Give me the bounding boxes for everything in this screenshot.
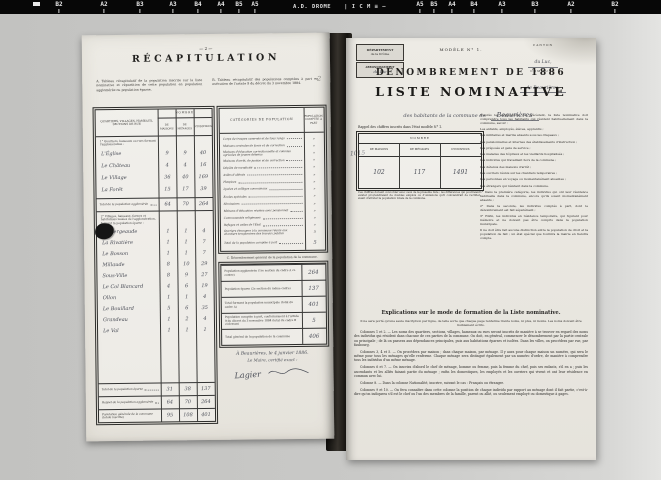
ruler-label: B5 (235, 1, 242, 13)
table-a-population: QUARTIERS, VILLAGES, HAMEAUX, SECTIONS D… (95, 108, 217, 423)
category-value: » (304, 144, 324, 148)
c-row-value: 401 (302, 301, 326, 307)
instruction-note: Les enfants, employés, élèves, apprentis… (480, 128, 588, 132)
dotted-leader (263, 225, 303, 226)
category-label: Maisons d'arrêt, de justice et de correc… (220, 158, 304, 162)
ruler-label: A4 (217, 1, 224, 13)
rappel-subheader: D'INDIVIDUS (440, 144, 481, 156)
individus-cell: 1 (196, 327, 214, 333)
intro-paragraph-a: A. Tableau récapitulatif de la populatio… (96, 78, 202, 92)
place-name-cell: Le Village (96, 175, 158, 182)
ruler-label: B4 (470, 1, 477, 13)
individus-cell: 39 (194, 186, 212, 192)
ruler-label: B3 (531, 1, 538, 13)
rappel-values: 1021171491 (359, 157, 481, 188)
ruler-label: A5 (251, 1, 258, 13)
menages-cell: 1 (178, 294, 196, 300)
place-name-cell: La Forêt (96, 187, 158, 194)
category-value: » (304, 172, 324, 176)
total-label: Total de la population agglomérée (97, 203, 159, 207)
rappel-rule-2 (440, 143, 441, 188)
dotted-leader (249, 196, 303, 198)
category-label-text: Communautés religieuses (224, 217, 261, 221)
section-c-heading: C. Dénombrement général de la population… (220, 256, 324, 261)
total-label-text: Population générale de la commune (total… (102, 412, 157, 420)
dotted-leader (247, 174, 302, 176)
individus-cell: 19 (196, 283, 214, 289)
instruction-note: Les pensionnaires et internes des établi… (480, 141, 588, 145)
categories-header: CATÉGORIES DE POPULATION (220, 108, 304, 133)
maisons-cell: 9 (158, 150, 176, 156)
instruction-note: 1° Dans la première catégorie, les indiv… (480, 191, 588, 203)
menages-cell: 6 (178, 283, 196, 289)
individus-cell: 264 (197, 399, 215, 405)
maisons-cell: 8 (159, 272, 177, 278)
place-name-cell: Millaude (97, 261, 159, 268)
menages-cell: 6 (178, 305, 196, 311)
individus-cell: 264 (195, 201, 213, 207)
instruction-note: Les préposés et gens de service ; (480, 147, 588, 151)
signature-flourish (266, 367, 310, 377)
instruction-note: Les malades des hôpitaux et les vieillar… (480, 153, 588, 157)
place-name-cell: Le Bosson (97, 250, 159, 257)
left-page-recapitulation: — 2 — RÉCAPITULATION 2 A. Tableau récapi… (82, 33, 335, 442)
c-row-label: Total général de la population de la com… (222, 334, 302, 340)
place-name-cell: Le Château (96, 163, 158, 170)
c-row-value: 406 (302, 333, 326, 339)
category-label: Maisons centrales de force et de correct… (220, 144, 304, 148)
menages-cell: 1 (178, 327, 196, 333)
departement-value: de la Drôme (357, 53, 403, 57)
menages-cell: 17 (176, 186, 194, 192)
maisons-cell: 4 (158, 162, 176, 168)
menages-cell: 4 (176, 162, 194, 168)
maisons-cell: 1 (160, 327, 178, 333)
ruler-label: A4 (448, 1, 455, 13)
category-value: » (305, 201, 325, 205)
c-row: Total formant la population municipale (… (222, 296, 326, 313)
category-label: Séminaires (221, 202, 305, 206)
individus-cell: 27 (195, 272, 213, 278)
menages-cell: 9 (176, 150, 194, 156)
category-label-text: Refuges et asiles de l'État (224, 224, 261, 228)
category-value: » (304, 165, 324, 169)
rappel-nombre-header: NOMBRE (359, 134, 481, 144)
individus-cell: 169 (194, 174, 212, 180)
rappel-rule-1 (399, 143, 400, 188)
c-row-label: Population éparse (2e section du même ca… (222, 286, 302, 292)
section-c-rows: Population agglomérée (1re section du ca… (221, 264, 326, 345)
maisons-cell: 1 (159, 239, 177, 245)
instruction-note: Les ouvriers réunis sur les chantiers te… (480, 172, 588, 176)
category-value: » (304, 180, 324, 184)
maisons-cell: 1 (159, 228, 177, 234)
individus-cell: 4 (195, 228, 213, 234)
c-row-value: 264 (301, 269, 325, 275)
rappel-subheader: DE MÉNAGES (399, 144, 440, 156)
explications-intro: Il ne sera porté qu'une seule inscriptio… (354, 320, 588, 328)
table-b-categories: CATÉGORIES DE POPULATION POPULATION COMP… (219, 107, 327, 252)
category-value: » (304, 158, 324, 162)
total-label-text: Total de la population agglomérée (100, 203, 149, 207)
ruler-label: B2 (55, 1, 62, 13)
recapitulation-title: RÉCAPITULATION (82, 52, 330, 66)
instruction-note: 2° Dans la seconde, les individus compté… (480, 205, 588, 213)
menages-cell: 108 (179, 412, 197, 418)
category-label: Maisons d'éducation réunies avec pension… (221, 209, 305, 213)
instruction-note: D'après les explications qui précèdent, … (480, 114, 588, 126)
category-value: 5 (305, 230, 325, 234)
category-label: Lycées et collèges communaux (220, 187, 304, 191)
c-row-label: Total formant la population municipale (… (222, 300, 302, 310)
departement-box: DÉPARTEMENT de la Drôme (356, 44, 404, 61)
maisons-cell: 4 (160, 283, 178, 289)
rappel-value-cell: 1491 (440, 157, 481, 188)
c-row: Population éparse (2e section du même ca… (221, 280, 325, 297)
rappel-caption: Rappel des chiffres inscrits dans l'état… (358, 125, 480, 129)
canton-label: CANTON (504, 44, 582, 48)
modele-label: MODÈLE N° 1. (416, 47, 506, 52)
rappel-value-cell: 102 (359, 157, 399, 188)
microfilm-scan: B2A2B3A3B4A4B5A5A5B5A4B4A3B3A2B2 A.D. DR… (0, 0, 661, 480)
dotted-leader (287, 145, 302, 146)
ruler-label: B2 (611, 1, 618, 13)
menages-cell: 2 (178, 316, 196, 322)
c-row: Population comptée à part, conformément … (222, 312, 326, 329)
maisons-cell: 8 (159, 261, 177, 267)
explications-paragraphs: Colonnes 1 et 2. — Les noms des quartier… (354, 330, 588, 399)
c-row-label: Population agglomérée (1re section du ca… (221, 268, 301, 278)
ruler-label: A3 (169, 1, 176, 13)
canton-value: du Luc, (528, 60, 557, 68)
category-value: » (305, 194, 325, 198)
nombre-subheader: D'INDIVIDUS (194, 118, 212, 135)
nombre-subheader: DE MAISONS (158, 118, 176, 135)
category-label-text: Maisons d'éducation réunies avec pension… (224, 209, 289, 213)
rappel-table: NOMBRE DE MAISONSDE MÉNAGESD'INDIVIDUS 1… (358, 133, 482, 189)
category-label: Refuges et asiles de l'État (221, 223, 305, 227)
menages-cell: 9 (177, 272, 195, 278)
instruction-note: Les détenus des maisons d'arrêt ; (480, 166, 588, 170)
rappel-subheader: DE MAISONS (359, 144, 399, 156)
instruction-note: 3° Enfin, les individus en résidence tem… (480, 215, 588, 227)
explications-paragraph: Colonnes 3, 4 et 5. — On procédera par m… (354, 350, 588, 363)
menages-cell: 10 (177, 261, 195, 267)
ruler-label: A3 (498, 1, 505, 13)
menages-cell: 1 (177, 228, 195, 234)
ruler-label: A2 (100, 1, 107, 13)
explications-paragraph: Colonnes 6 et 7. — On inscrira d'abord l… (354, 365, 588, 378)
menages-cell: 70 (179, 399, 197, 405)
ruler-notch (33, 2, 40, 6)
total-label-text: Rappel de la population agglomérée (102, 401, 153, 405)
ruler-label: A5 (416, 1, 423, 13)
c-row-value: 137 (302, 285, 326, 291)
table-b-header: CATÉGORIES DE POPULATION POPULATION COMP… (220, 108, 324, 134)
explications-paragraph: Colonnes 9 et 10. — On fera connaître da… (354, 388, 588, 397)
place-name-cell: La Rivatière (97, 239, 159, 246)
menages-cell: 1 (177, 239, 195, 245)
rappel-value-cell: 117 (399, 157, 440, 188)
maisons-cell: 5 (160, 305, 178, 311)
nombre-header-group: NOMBRE DE MAISONSDE MÉNAGESD'INDIVIDUS (158, 109, 212, 136)
place-name-cell: Sous-Ville (97, 272, 159, 279)
category-value: » (305, 208, 325, 212)
category-label-text: Écoles spéciales (224, 195, 247, 199)
menages-cell: 38 (179, 386, 197, 392)
total-value: 5 (305, 240, 325, 246)
individus-header: POPULATION COMPTÉE À PART (304, 108, 324, 132)
total-label: Population générale de la commune (total… (99, 412, 161, 420)
dotted-leader (242, 203, 303, 205)
place-name-cell: L'Église (96, 151, 158, 158)
category-label: Corps de troupes casernés et de tous ran… (220, 137, 304, 141)
instruction-note: Les personnes en voyage ou momentanément… (480, 178, 588, 182)
place-name-cell: Le Val (98, 327, 160, 334)
menages-cell: 40 (176, 174, 194, 180)
individus-cell: 137 (197, 386, 215, 392)
signature-name: Lagier (235, 370, 262, 381)
explications-paragraph: Colonnes 1 et 2. — Les noms des quartier… (354, 330, 588, 347)
explications-heading: Explications sur le mode de formation de… (356, 310, 586, 316)
category-label-text: Hospices (223, 181, 236, 185)
signature-block: À Beaurières, le 4 janvier 1886. Le Mair… (219, 351, 325, 382)
category-label: Asiles d'aliénés (220, 173, 304, 177)
category-label-text: Dépôts de mendicité (223, 166, 252, 170)
individus-cell: 4 (196, 294, 214, 300)
section-c-table: Population agglomérée (1re section du ca… (220, 263, 327, 346)
category-label-text: Asiles d'aliénés (223, 174, 245, 178)
individus-cell: 35 (196, 305, 214, 311)
maisons-cell: 1 (160, 294, 178, 300)
maisons-cell: 31 (161, 386, 179, 392)
ruler-label: B5 (430, 1, 437, 13)
menages-cell: 1 (177, 250, 195, 256)
maisons-cell: 36 (158, 174, 176, 180)
instruction-note: Il ne doit être fait aucune distinction … (480, 229, 588, 241)
right-page-liste-nominative: 1015 DÉPARTEMENT de la Drôme ARRONDISSEM… (346, 38, 596, 460)
ruler-center: A.D. DROME | I C M ≡ — (293, 4, 386, 10)
icm-label: | I C M ≡ — (344, 4, 386, 10)
dotted-leader (290, 210, 302, 211)
instruction-note: Les individus qui travaillent hors de la… (480, 159, 588, 163)
category-value: » (304, 136, 324, 140)
dotted-leader (238, 182, 302, 184)
intro-paragraph-b: B. Tableau récapitulatif des populations… (212, 77, 318, 87)
category-value: » (305, 216, 325, 220)
maisons-cell: 64 (161, 399, 179, 405)
table-b-rows: Corps de troupes casernés et de tous ran… (220, 133, 325, 237)
c-row-label: Population comptée à part, conformément … (222, 314, 302, 327)
explications-paragraph: Colonne 8. — Dans la colonne Nationalité… (354, 381, 588, 385)
individus-cell: 7 (195, 250, 213, 256)
denombrement-title: DÉNOMBREMENT DE 1886 (346, 68, 596, 78)
nombre-subheader: DE MÉNAGES (176, 118, 194, 135)
rappel-subheaders: DE MAISONSDE MÉNAGESD'INDIVIDUS (359, 144, 481, 157)
total-label: Rappel de la population agglomérée (99, 401, 161, 405)
archive-name-label: A.D. DROME (293, 4, 331, 10)
category-value: » (305, 223, 325, 227)
c-row: Total général de la population de la com… (222, 328, 326, 345)
category-label-text: Corps de troupes casernés et de tous ran… (223, 137, 285, 141)
place-name-cell: Ollon (98, 294, 160, 301)
category-label-text: Lycées et collèges communaux (223, 188, 267, 192)
place-name-cell: Le Col Blancard (98, 283, 160, 290)
signature-role: Le Maire, certifié exact : (219, 357, 325, 363)
microfilm-ruler: B2A2B3A3B4A4B5A5A5B5A4B4A3B3A2B2 A.D. DR… (0, 0, 661, 14)
category-value: » (304, 187, 324, 191)
total-label-text: Total de la population comptée à part (224, 241, 277, 245)
category-label-text: Maisons d'arrêt, de justice et de correc… (223, 159, 284, 163)
individus-cell: 7 (195, 239, 213, 245)
dotted-leader (254, 167, 302, 169)
quartiers-header: QUARTIERS, VILLAGES, HAMEAUX, SECTIONS D… (96, 110, 158, 137)
category-label: Communautés religieuses (221, 216, 305, 220)
liste-nominative-title: LISTE NOMINATIVE (346, 84, 596, 99)
instruction-note: Les étrangers qui résident dans la commu… (480, 185, 588, 189)
menages-cell: 70 (177, 201, 195, 207)
total-label-text: Total de la population éparse (102, 388, 143, 392)
dotted-leader (286, 160, 302, 161)
category-label: Écoles spéciales (221, 195, 305, 199)
ruler-label: A2 (567, 1, 574, 13)
category-label: Dépôts de mendicité (220, 166, 304, 170)
total-label: Total de la population éparse (99, 388, 161, 392)
maisons-cell: 1 (159, 250, 177, 256)
category-value: » (304, 151, 324, 155)
section-1-label: 1° Quartiers, hameaux ou rues formant l'… (96, 137, 158, 149)
place-name-cell: Le Bouillard (98, 305, 160, 312)
instruction-note: Les militaires et marins absents sous le… (480, 134, 588, 138)
place-name-cell: Grandeau (98, 316, 160, 323)
dotted-leader (263, 218, 303, 219)
subheading-printed: des habitants de la commune de (403, 113, 485, 119)
ruler-label: B4 (194, 1, 201, 13)
dotted-leader (287, 138, 302, 139)
table-b-total-row: Total de la population comptée à part 5 (221, 236, 325, 251)
individus-cell: 16 (194, 162, 212, 168)
ruler-label: B3 (136, 1, 143, 13)
maisons-cell: 64 (159, 201, 177, 207)
c-row-value: 5 (302, 317, 326, 323)
nombre-subheaders: DE MAISONSDE MÉNAGESD'INDIVIDUS (158, 118, 212, 136)
dotted-leader (279, 243, 303, 244)
category-label-text: Maisons centrales de force et de correct… (223, 144, 285, 148)
individus-cell: 29 (195, 261, 213, 267)
rappel-footnote: Ces chiffres doivent concorder avec ceux… (358, 191, 480, 201)
maisons-cell: 15 (158, 186, 176, 192)
category-label: Hospices (220, 180, 304, 184)
dotted-leader (150, 204, 157, 205)
category-label-text: Séminaires (224, 202, 240, 206)
instructions-column: D'après les explications qui précèdent, … (480, 114, 588, 243)
maisons-cell: 95 (161, 412, 179, 418)
dotted-leader (155, 402, 159, 403)
individus-cell: 4 (196, 316, 214, 322)
individus-cell: 40 (194, 150, 212, 156)
total-label: Total de la population comptée à part (221, 241, 305, 245)
c-row: Population agglomérée (1re section du ca… (221, 264, 325, 281)
dotted-leader (145, 389, 159, 390)
individus-cell: 401 (197, 412, 215, 418)
dotted-leader (269, 189, 302, 190)
maisons-cell: 1 (160, 316, 178, 322)
